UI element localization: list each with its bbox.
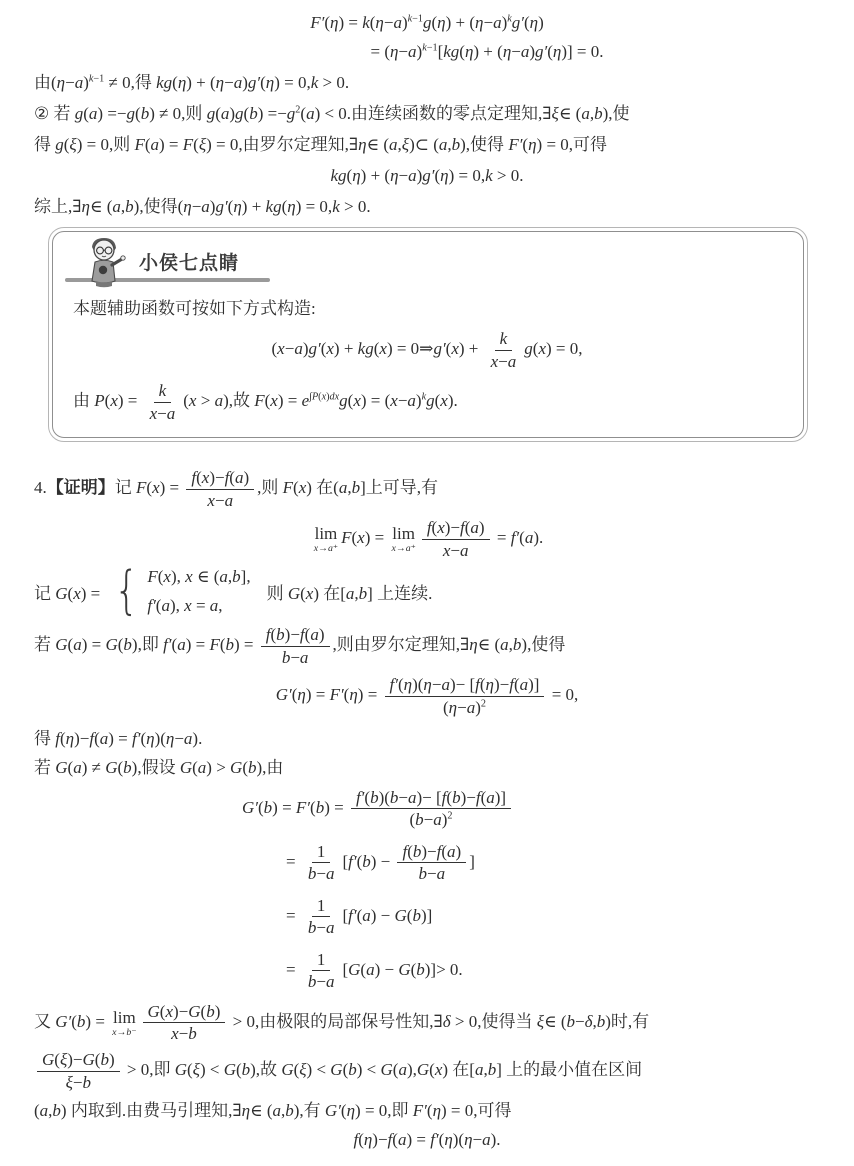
proof-tag: 【证明】 bbox=[47, 478, 115, 497]
problem-number: 4. bbox=[34, 478, 47, 497]
proof4-minimum-line: G(ξ)−G(b)ξ−b > 0,即 G(ξ) < G(b),故 G(ξ) < … bbox=[34, 1050, 820, 1092]
tip-box: 小侯七点睛 本题辅助函数可按如下方式构造: (x−a)g′(x) + kg(x)… bbox=[48, 227, 808, 442]
proof3-line-case2-start: ② 若 g(a) =−g(b) ≠ 0,则 g(a)g(b) =−g2(a) <… bbox=[34, 101, 820, 126]
equation-g-prime-b-step4: = 1b−a[G(a) − G(b)]> 0. bbox=[34, 950, 820, 992]
equation-final-conclusion: f(η)−f(a) = f′(η)(η−a). bbox=[34, 1127, 820, 1152]
tip-box-intro: 本题辅助函数可按如下方式构造: bbox=[73, 296, 781, 321]
proof3-line-summary: 综上,∃η∈ (a,b),使得(η−a)g′(η) + kg(η) = 0,k … bbox=[34, 194, 820, 219]
proof3-line-nonzero-factor: 由(η−a)k−1 ≠ 0,得 kg(η) + (η−a)g′(η) = 0,k… bbox=[34, 70, 820, 95]
tip-box-title: 小侯七点睛 bbox=[139, 248, 239, 275]
equation-limit-definition: limx→a⁺F(x) = limx→a⁺f(x)−f(a)x−a = f′(a… bbox=[34, 518, 820, 560]
mascot-badge bbox=[99, 266, 107, 274]
cases-brace: { bbox=[114, 567, 139, 616]
equation-g-prime-b-step2: = 1b−a[f′(b) − f(b)−f(a)b−a] bbox=[34, 842, 820, 884]
tip-box-inner: 小侯七点睛 本题辅助函数可按如下方式构造: (x−a)g′(x) + kg(x)… bbox=[52, 231, 804, 438]
proof4-case-equal-line: 若 G(a) = G(b),即 f′(a) = F(b) = f(b)−f(a)… bbox=[34, 625, 820, 667]
proof4-conclusion-equal-case: 得 f(η)−f(a) = f′(η)(η−a). bbox=[34, 726, 820, 751]
g-piecewise-definition: 记 G(x) = { F(x), x ∈ (a,b], f′(a), x = a… bbox=[34, 566, 820, 617]
equation-g-prime-b-step3: = 1b−a[f′(a) − G(b)] bbox=[34, 896, 820, 938]
equation-g-prime-b-step1: G′(b) = F′(b) = f′(b)(b−a)− [f(b)−f(a)](… bbox=[34, 788, 820, 830]
g-definition-pre: 记 G(x) = bbox=[34, 579, 100, 604]
equation-fprime-eta-line1: F′(η) = k(η−a)k−1g(η) + (η−a)kg′(η) bbox=[34, 10, 820, 35]
proof4-fermat-line: (a,b) 内取到.由费马引理知,∃η∈ (a,b),有 G′(η) = 0,即… bbox=[34, 1098, 820, 1123]
tip-box-equation-1: (x−a)g′(x) + kg(x) = 0⇒g′(x) + kx−ag(x) … bbox=[73, 329, 781, 371]
document-page: F′(η) = k(η−a)k−1g(η) + (η−a)kg′(η) = (η… bbox=[0, 0, 854, 1166]
mascot-icon bbox=[79, 236, 129, 293]
proof4-intro-line: 4.【证明】记 F(x) = f(x)−f(a)x−a,则 F(x) 在(a,b… bbox=[34, 468, 820, 510]
cases-row-2: f′(a), x = a, bbox=[147, 595, 250, 617]
tip-box-equation-2: 由 P(x) = kx−a(x > a),故 F(x) = e∫P(x)dxg(… bbox=[73, 381, 781, 423]
mascot-hand bbox=[121, 256, 125, 260]
cases-column: F(x), x ∈ (a,b], f′(a), x = a, bbox=[147, 566, 250, 617]
equation-fprime-eta-line2: = (η−a)k−1[kg(η) + (η−a)g′(η)] = 0. bbox=[34, 39, 820, 64]
proof3-line-case2-rolle: 得 g(ξ) = 0,则 F(a) = F(ξ) = 0,由罗尔定理知,∃η∈ … bbox=[34, 132, 820, 157]
equation-g-prime-eta: G′(η) = F′(η) = f′(η)(η−a)− [f(η)−f(a)](… bbox=[34, 675, 820, 717]
g-definition-post: 则 G(x) 在[a,b] 上连续. bbox=[267, 579, 433, 604]
tip-box-header: 小侯七点睛 bbox=[73, 238, 781, 290]
proof4-sign-preservation-line: 又 G′(b) = limx→b⁻G(x)−G(b)x−b > 0,由极限的局部… bbox=[34, 1002, 820, 1044]
cases-row-1: F(x), x ∈ (a,b], bbox=[147, 566, 250, 588]
proof4-intro-math: 记 F(x) = f(x)−f(a)x−a,则 F(x) 在(a,b]上可导,有 bbox=[115, 478, 438, 497]
equation-kg-eta: kg(η) + (η−a)g′(η) = 0,k > 0. bbox=[34, 163, 820, 188]
proof4-case-unequal-line: 若 G(a) ≠ G(b),假设 G(a) > G(b),由 bbox=[34, 755, 820, 780]
